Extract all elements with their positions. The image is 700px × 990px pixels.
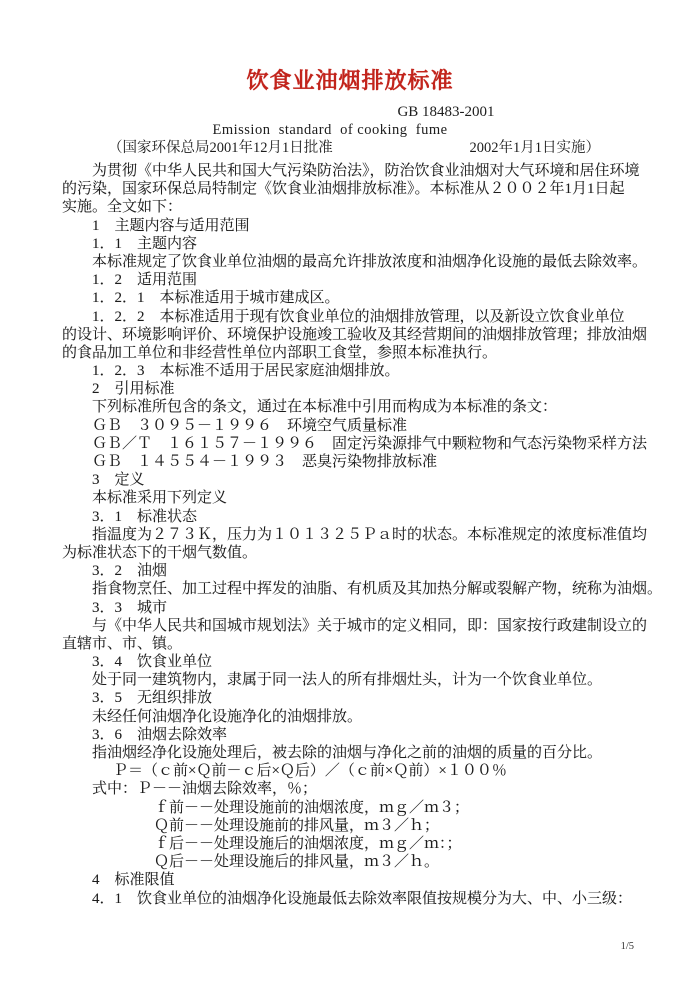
section-heading: 3 定义	[62, 471, 638, 489]
doc-line: 指温度为２７３Ｋ，压力为１０１３２５Ｐａ时的状态。本标准规定的浓度标准值均	[62, 526, 638, 544]
doc-line: 本标准规定了饮食业单位油烟的最高允许排放浓度和油烟净化设施的最低去除效率。	[62, 253, 638, 271]
doc-line: 的食品加工单位和非经营性单位内部职工食堂，参照本标准执行。	[62, 344, 638, 362]
doc-line: 的设计、环境影响评价、环境保护设施竣工验收及其经营期间的油烟排放管理；排放油烟	[62, 326, 638, 344]
section-heading: 4 标准限值	[62, 871, 638, 889]
section-heading: 3．5 无组织排放	[62, 689, 638, 707]
approval-date: （国家环保总局2001年12月1日批准	[108, 139, 333, 157]
doc-line: 1．2．1 本标准适用于城市建成区。	[62, 289, 638, 307]
section-heading: 3．2 油烟	[62, 562, 638, 580]
doc-line: 处于同一建筑物内，隶属于同一法人的所有排烟灶头，计为一个饮食业单位。	[62, 671, 638, 689]
formula-variable-line: ｆ前－－处理设施前的油烟浓度，ｍｇ／ｍ３；	[62, 799, 638, 817]
doc-line: 的污染，国家环保总局特制定《饮食业油烟排放标准》。本标准从２００２年1月1日起	[62, 180, 638, 198]
section-heading: 3．4 饮食业单位	[62, 653, 638, 671]
section-heading: 3．1 标准状态	[62, 508, 638, 526]
doc-line: 与《中华人民共和国城市规划法》关于城市的定义相同，即：国家按行政建制设立的	[62, 617, 638, 635]
implementation-date: 2002年1月1日实施）	[470, 139, 601, 157]
page-number: 1/5	[621, 941, 634, 952]
formula-line: Ｐ＝（ｃ前×Ｑ前－ｃ后×Ｑ后）／（ｃ前×Ｑ前）×１００％	[62, 762, 638, 780]
doc-line: ＧＢ ３０９５－１９９６ 环境空气质量标准	[62, 417, 638, 435]
doc-line: 指油烟经净化设施处理后，被去除的油烟与净化之前的油烟的质量的百分比。	[62, 744, 638, 762]
document-body: 为贯彻《中华人民共和国大气污染防治法》，防治饮食业油烟对大气环境和居住环境 的污…	[62, 162, 638, 908]
doc-line: 1．2．3 本标准不适用于居民家庭油烟排放。	[62, 362, 638, 380]
standard-number: GB 18483-2001	[158, 103, 700, 121]
document-content: 饮食业油烟排放标准 GB 18483-2001 Emission standar…	[0, 0, 700, 908]
english-title: Emission standard of cooking fume	[42, 121, 618, 139]
formula-variable-line: ｆ后－－处理设施后的油烟浓度，ｍｇ／ｍ：；	[62, 835, 638, 853]
doc-line: 4．1 饮食业单位的油烟净化设施最低去除效率限值按规模分为大、中、小三级：	[62, 890, 638, 908]
approval-line: （国家环保总局2001年12月1日批准 2002年1月1日实施）	[62, 139, 638, 157]
doc-line: 实施。全文如下：	[62, 198, 638, 216]
formula-variable-line: Ｑ前－－处理设施前的排风量，ｍ３／ｈ；	[62, 817, 638, 835]
document-page: 饮食业油烟排放标准 GB 18483-2001 Emission standar…	[0, 0, 700, 990]
formula-variable-line: Ｑ后－－处理设施后的排风量，ｍ３／ｈ。	[62, 853, 638, 871]
section-heading: 3．6 油烟去除效率	[62, 726, 638, 744]
section-heading: 1 主题内容与适用范围	[62, 217, 638, 235]
doc-line: 未经任何油烟净化设施净化的油烟排放。	[62, 708, 638, 726]
section-heading: 2 引用标准	[62, 380, 638, 398]
section-heading: 1．2 适用范围	[62, 271, 638, 289]
doc-line: 下列标准所包含的条文，通过在本标准中引用而构成为本标准的条文：	[62, 398, 638, 416]
section-heading: 3．3 城市	[62, 599, 638, 617]
doc-line: ＧＢ／Ｔ １６１５７－１９９６ 固定污染源排气中颗粒物和气态污染物采样方法	[62, 435, 638, 453]
doc-line: 为贯彻《中华人民共和国大气污染防治法》，防治饮食业油烟对大气环境和居住环境	[62, 162, 638, 180]
doc-line: 直辖市、市、镇。	[62, 635, 638, 653]
doc-line: 1．2．2 本标准适用于现有饮食业单位的油烟排放管理，以及新设立饮食业单位	[62, 308, 638, 326]
doc-line: ＧＢ １４５５４－１９９３ 恶臭污染物排放标准	[62, 453, 638, 471]
doc-line: 指食物烹任、加工过程中挥发的油脂、有机质及其加热分解或裂解产物，统称为油烟。	[62, 580, 638, 598]
section-heading: 1．1 主题内容	[62, 235, 638, 253]
doc-line: 本标准采用下列定义	[62, 489, 638, 507]
doc-line: 式中：Ｐ－－油烟去除效率，％；	[62, 780, 638, 798]
doc-line: 为标准状态下的干烟气数值。	[62, 544, 638, 562]
document-title: 饮食业油烟排放标准	[62, 66, 638, 96]
